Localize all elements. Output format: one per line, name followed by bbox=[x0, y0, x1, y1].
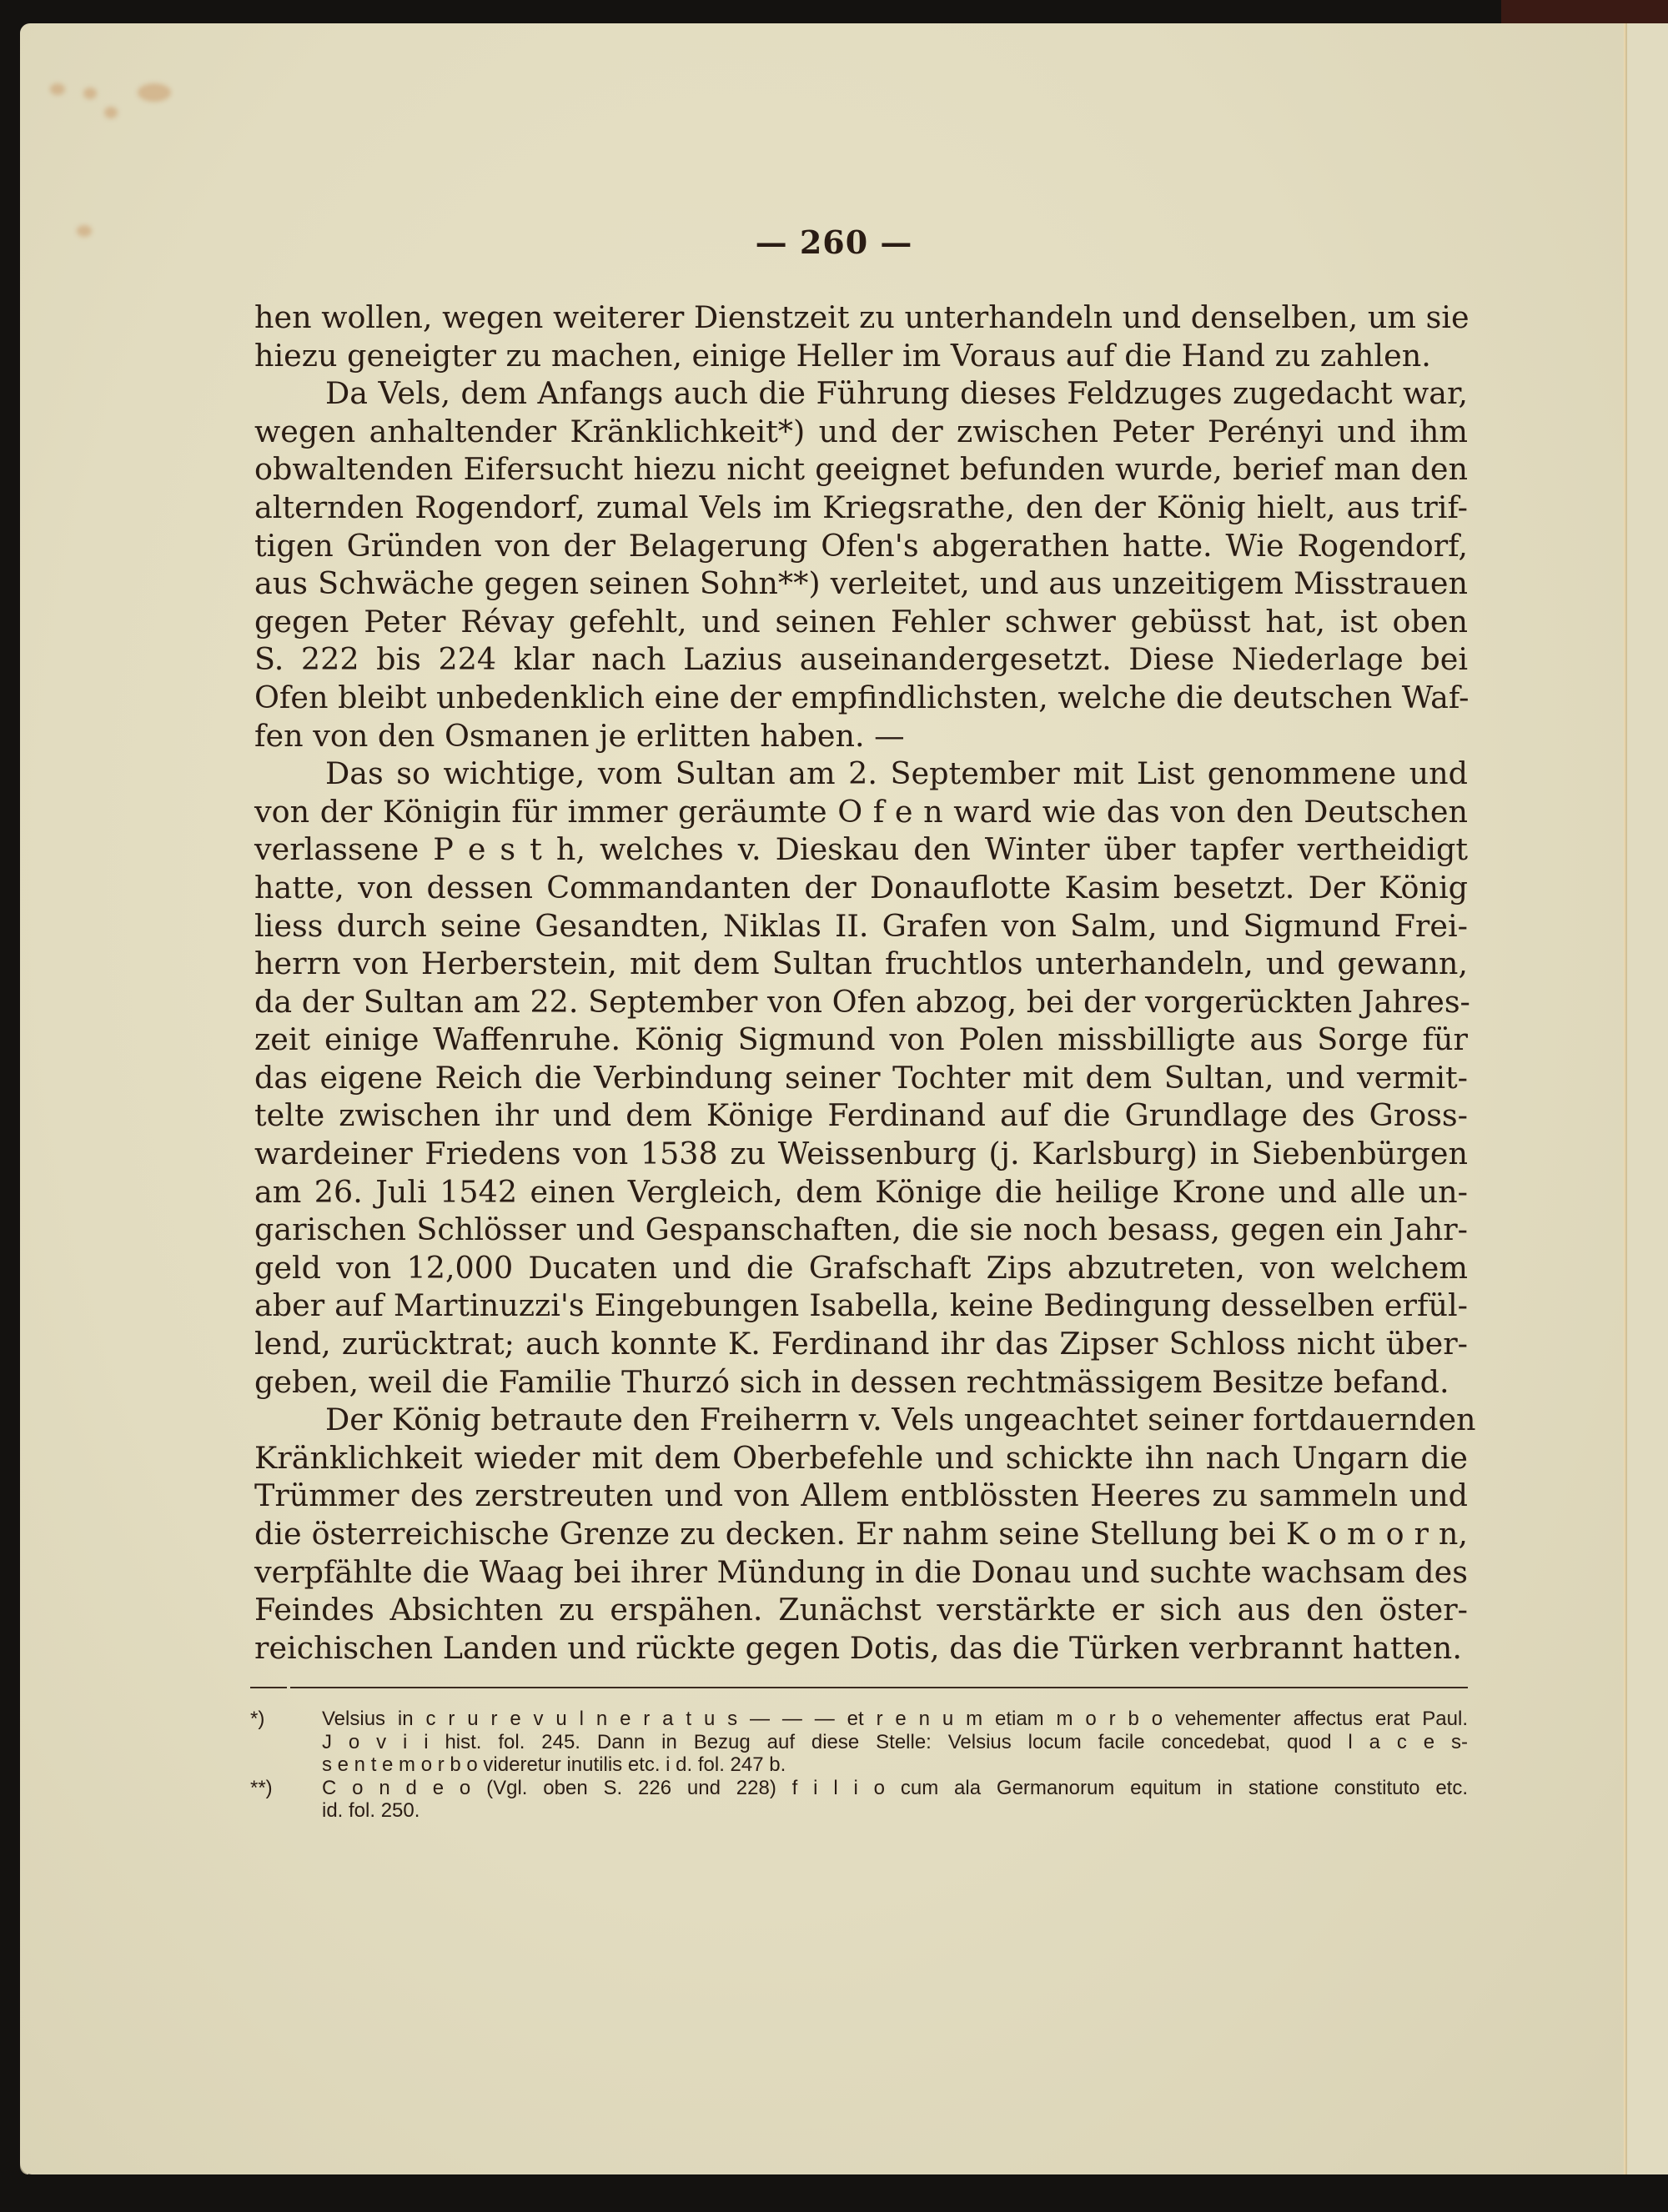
text-line: tigen Gründen von der Belagerung Ofen's … bbox=[254, 527, 1468, 565]
footnote-marker: *) bbox=[250, 1708, 322, 1731]
text-line: geben, weil die Familie Thurzó sich in d… bbox=[254, 1363, 1468, 1402]
foxing-stain bbox=[83, 88, 97, 99]
text-line: Das so wichtige, vom Sultan am 2. Septem… bbox=[254, 755, 1468, 793]
text-line: alternden Rogendorf, zumal Vels im Krieg… bbox=[254, 489, 1468, 527]
footnote-line: id. fol. 250. bbox=[250, 1799, 1468, 1823]
footnote-text: s e n t e m o r b o videretur inutilis e… bbox=[322, 1753, 786, 1776]
foxing-stain bbox=[138, 83, 171, 102]
text-line: obwaltenden Eifersucht hiezu nicht geeig… bbox=[254, 450, 1468, 489]
footnote-separator-gap bbox=[287, 1685, 290, 1690]
text-line: Feindes Absichten zu erspähen. Zunächst … bbox=[254, 1591, 1468, 1629]
text-line: hiezu geneigter zu machen, einige Heller… bbox=[254, 337, 1468, 375]
text-line: telte zwischen ihr und dem Könige Ferdin… bbox=[254, 1096, 1468, 1135]
text-line: die österreichische Grenze zu decken. Er… bbox=[254, 1515, 1468, 1553]
footnote-line: s e n t e m o r b o videretur inutilis e… bbox=[250, 1753, 1468, 1777]
footnote-text: C o n d e o (Vgl. oben S. 226 und 228) f… bbox=[322, 1777, 1468, 1799]
text-line: hatte, von dessen Commandanten der Donau… bbox=[254, 869, 1468, 907]
footnote-marker: **) bbox=[250, 1777, 322, 1800]
text-line: fen von den Osmanen je erlitten haben. — bbox=[254, 717, 1468, 755]
foxing-stain bbox=[104, 107, 118, 118]
footnote-line: J o v i i hist. fol. 245. Dann in Bezug … bbox=[250, 1731, 1468, 1754]
text-line: am 26. Juli 1542 einen Vergleich, dem Kö… bbox=[254, 1173, 1468, 1211]
binding-strip bbox=[1501, 0, 1668, 23]
text-line: herrn von Herberstein, mit dem Sultan fr… bbox=[254, 945, 1468, 983]
footnote-separator bbox=[250, 1687, 1468, 1688]
foxing-stain bbox=[50, 83, 65, 95]
text-line: verlassene P e s t h, welches v. Dieskau… bbox=[254, 830, 1468, 869]
text-line: Ofen bleibt unbedenklich eine der empfin… bbox=[254, 679, 1468, 717]
footnotes: *)Velsius in c r u r e v u l n e r a t u… bbox=[250, 1708, 1468, 1823]
footnote-text: id. fol. 250. bbox=[322, 1799, 420, 1822]
text-line: das eigene Reich die Verbindung seiner T… bbox=[254, 1059, 1468, 1097]
text-line: zeit einige Waffenruhe. König Sigmund vo… bbox=[254, 1021, 1468, 1059]
text-line: Kränklichkeit wieder mit dem Oberbefehle… bbox=[254, 1439, 1468, 1477]
text-line: wegen anhaltender Kränklichkeit*) und de… bbox=[254, 413, 1468, 451]
text-line: lend, zurücktrat; auch konnte K. Ferdina… bbox=[254, 1325, 1468, 1363]
text-line: aber auf Martinuzzi's Eingebungen Isabel… bbox=[254, 1287, 1468, 1325]
text-line: aus Schwäche gegen seinen Sohn**) verlei… bbox=[254, 564, 1468, 603]
next-page-edge bbox=[1627, 23, 1668, 2174]
text-line: verpfählte die Waag bei ihrer Mündung in… bbox=[254, 1553, 1468, 1592]
text-line: Da Vels, dem Anfangs auch die Führung di… bbox=[254, 374, 1468, 413]
text-line: wardeiner Friedens von 1538 zu Weissenbu… bbox=[254, 1135, 1468, 1173]
text-line: S. 222 bis 224 klar nach Lazius auseinan… bbox=[254, 640, 1468, 679]
text-line: Der König betraute den Freiherrn v. Vels… bbox=[254, 1401, 1468, 1439]
footnote-text: Velsius in c r u r e v u l n e r a t u s… bbox=[322, 1708, 1468, 1730]
text-line: von der Königin für immer geräumte O f e… bbox=[254, 793, 1468, 831]
text-line: liess durch seine Gesandten, Niklas II. … bbox=[254, 907, 1468, 945]
text-line: geld von 12,000 Ducaten und die Grafscha… bbox=[254, 1249, 1468, 1287]
text-line: garischen Schlösser und Gespanschaften, … bbox=[254, 1211, 1468, 1249]
text-line: Trümmer des zerstreuten und von Allem en… bbox=[254, 1477, 1468, 1515]
page-number: — 260 — bbox=[0, 223, 1668, 261]
text-line: hen wollen, wegen weiterer Dienstzeit zu… bbox=[254, 298, 1468, 337]
text-line: gegen Peter Révay gefehlt, und seinen Fe… bbox=[254, 603, 1468, 641]
body-text: hen wollen, wegen weiterer Dienstzeit zu… bbox=[254, 298, 1468, 1667]
footnote-line: *)Velsius in c r u r e v u l n e r a t u… bbox=[250, 1708, 1468, 1731]
footnote-text: J o v i i hist. fol. 245. Dann in Bezug … bbox=[322, 1731, 1468, 1753]
text-line: da der Sultan am 22. September von Ofen … bbox=[254, 983, 1468, 1021]
footnote-line: **)C o n d e o (Vgl. oben S. 226 und 228… bbox=[250, 1777, 1468, 1800]
text-line: reichischen Landen und rückte gegen Doti… bbox=[254, 1629, 1468, 1668]
